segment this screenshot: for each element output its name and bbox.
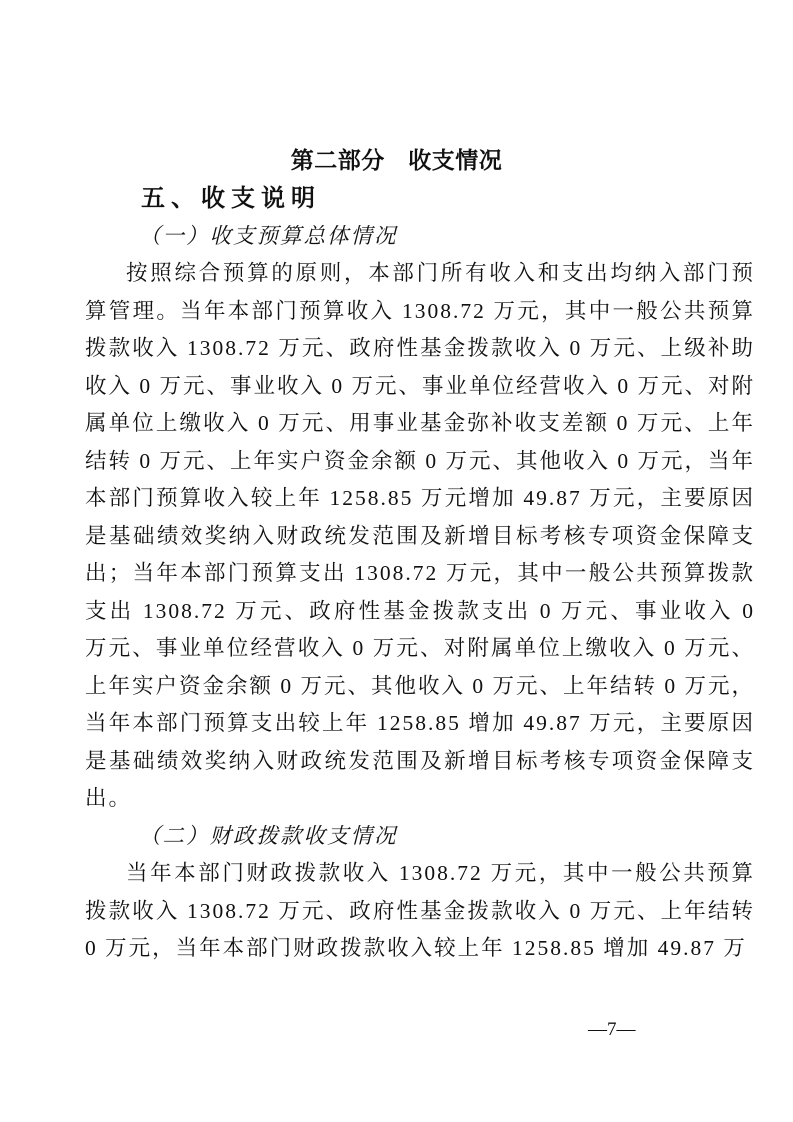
- paragraph-fiscal-appropriation: 当年本部门财政拨款收入 1308.72 万元，其中一般公共预算拨款收入 1308…: [85, 855, 755, 968]
- document-page: 第二部分 收支情况 五、收支说明 （一）收支预算总体情况 按照综合预算的原则，本…: [0, 0, 793, 1122]
- part-title: 第二部分 收支情况: [0, 140, 793, 180]
- heading-revenue-expenditure-notes: 五、收支说明: [85, 180, 755, 218]
- page-content: 第二部分 收支情况 五、收支说明 （一）收支预算总体情况 按照综合预算的原则，本…: [85, 140, 755, 968]
- page-number: —7—: [588, 1019, 636, 1041]
- subheading-fiscal-appropriation-situation: （二）财政拨款收支情况: [85, 818, 755, 856]
- subheading-overall-budget-situation: （一）收支预算总体情况: [85, 218, 755, 256]
- paragraph-overall-budget: 按照综合预算的原则，本部门所有收入和支出均纳入部门预算管理。当年本部门预算收入 …: [85, 255, 755, 818]
